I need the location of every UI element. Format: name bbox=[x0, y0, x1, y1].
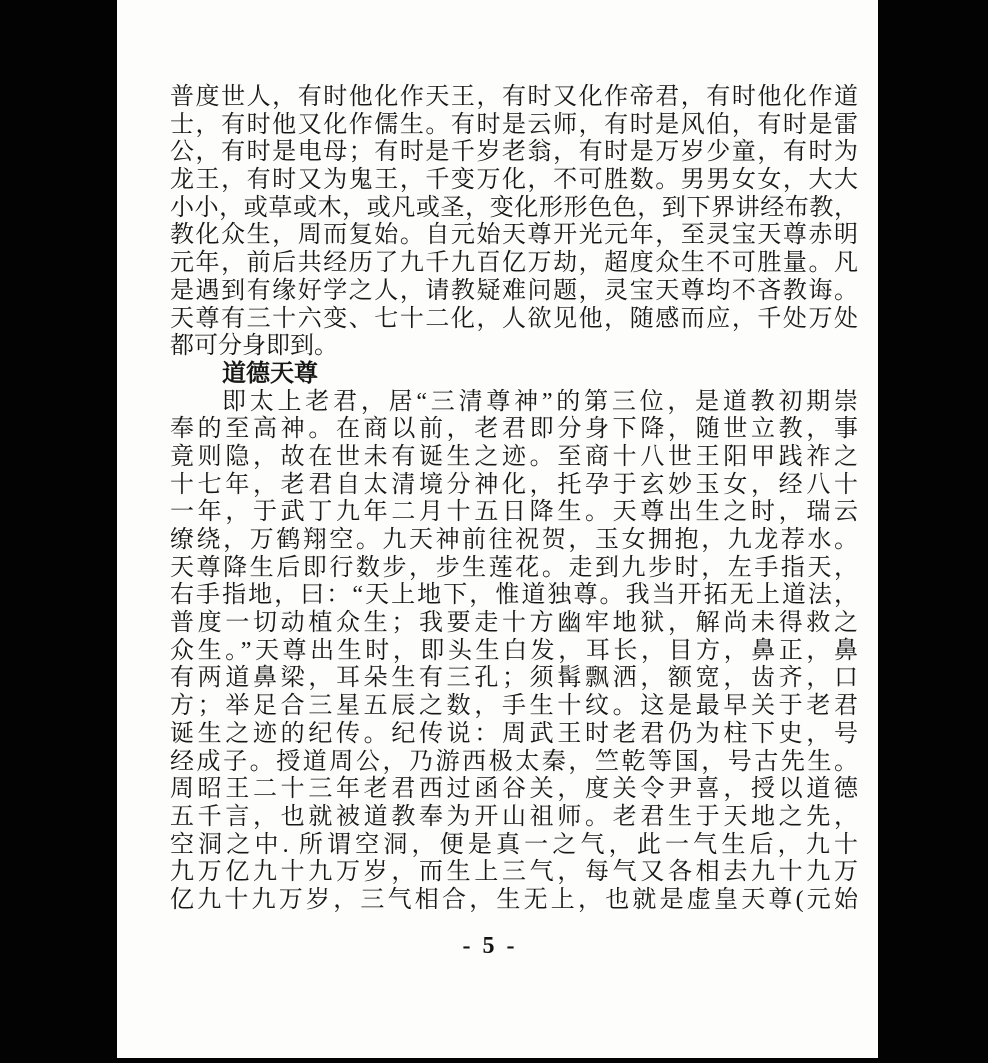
text-line: 都可分身即到。 bbox=[170, 333, 858, 361]
text-line: 五千言，也就被道教奉为开山祖师。老君生于天地之先， bbox=[170, 804, 858, 832]
text-line: 士，有时他又化作儒生。有时是云师，有时是风伯，有时是雷 bbox=[170, 112, 858, 140]
text-line: 一年，于武丁九年二月十五日降生。天尊出生之时，瑞云 bbox=[170, 499, 858, 527]
scan-border-bottom bbox=[0, 1058, 988, 1063]
text-line: 元年，前后共经历了九千九百亿万劫，超度众生不可胜量。凡 bbox=[170, 250, 858, 278]
text-line: 有两道鼻梁，耳朵生有三孔；须髯飘洒，额宽，齿齐，口 bbox=[170, 665, 858, 693]
scanned-page: 普度世人，有时他化作天王，有时又化作帝君，有时他化作道士，有时他又化作儒生。有时… bbox=[0, 0, 988, 1063]
book-page: 普度世人，有时他化作天王，有时又化作帝君，有时他化作道士，有时他又化作儒生。有时… bbox=[117, 0, 878, 1058]
scan-border-right bbox=[878, 0, 988, 1063]
section-heading: 道德天尊 bbox=[170, 361, 858, 389]
text-line: 空洞之中. 所谓空洞，便是真一之气，此一气生后，九十 bbox=[170, 832, 858, 860]
text-line: 众生。”天尊出生时，即头生白发，耳长，目方，鼻正，鼻 bbox=[170, 638, 858, 666]
text-line: 天尊有三十六变、七十二化，人欲见他，随感而应，千处万处 bbox=[170, 306, 858, 334]
text-line: 公，有时是电母；有时是千岁老翁，有时是万岁少童，有时为 bbox=[170, 139, 858, 167]
text-line: 普度一切动植众生；我要走十方幽牢地狱，解尚未得救之 bbox=[170, 610, 858, 638]
text-line: 周昭王二十三年老君西过函谷关，度关令尹喜，授以道德 bbox=[170, 776, 858, 804]
text-line: 缭绕，万鹤翔空。九天神前往祝贺，玉女拥抱，九龙荐水。 bbox=[170, 527, 858, 555]
text-line: 经成子。授道周公，乃游西极太秦，竺乾等国，号古先生。 bbox=[170, 749, 858, 777]
text-line: 诞生之迹的纪传。纪传说：周武王时老君仍为柱下史，号 bbox=[170, 721, 858, 749]
text-line: 是遇到有缘好学之人，请教疑难问题，灵宝天尊均不吝教诲。 bbox=[170, 278, 858, 306]
text-line: 普度世人，有时他化作天王，有时又化作帝君，有时他化作道 bbox=[170, 84, 858, 112]
text-line: 竟则隐，故在世未有诞生之迹。至商十八世王阳甲践祚之 bbox=[170, 444, 858, 472]
page-number: - 5 - bbox=[170, 933, 810, 960]
scan-border-left bbox=[0, 0, 117, 1063]
text-line: 教化众生，周而复始。自元始天尊开光元年，至灵宝天尊赤明 bbox=[170, 222, 858, 250]
text-line: 方；举足合三星五辰之数，手生十纹。这是最早关于老君 bbox=[170, 693, 858, 721]
text-line: 即太上老君，居“三清尊神”的第三位，是道教初期崇 bbox=[170, 389, 858, 417]
text-line: 亿九十九万岁，三气相合，生无上，也就是虚皇天尊(元始 bbox=[170, 887, 858, 915]
text-line: 九万亿九十九万岁，而生上三气，每气又各相去九十九万 bbox=[170, 859, 858, 887]
text-block: 普度世人，有时他化作天王，有时又化作帝君，有时他化作道士，有时他又化作儒生。有时… bbox=[170, 84, 858, 915]
text-line: 天尊降生后即行数步，步生莲花。走到九步时，左手指天， bbox=[170, 555, 858, 583]
text-line: 龙王，有时又为鬼王，千变万化，不可胜数。男男女女，大大 bbox=[170, 167, 858, 195]
text-line: 奉的至高神。在商以前，老君即分身下降，随世立教，事 bbox=[170, 416, 858, 444]
text-line: 右手指地，曰：“天上地下，惟道独尊。我当开拓无上道法， bbox=[170, 582, 858, 610]
text-line: 小小，或草或木，或凡或圣，变化形形色色，到下界讲经布教， bbox=[170, 195, 858, 223]
text-line: 十七年，老君自太清境分神化，托孕于玄妙玉女，经八十 bbox=[170, 472, 858, 500]
